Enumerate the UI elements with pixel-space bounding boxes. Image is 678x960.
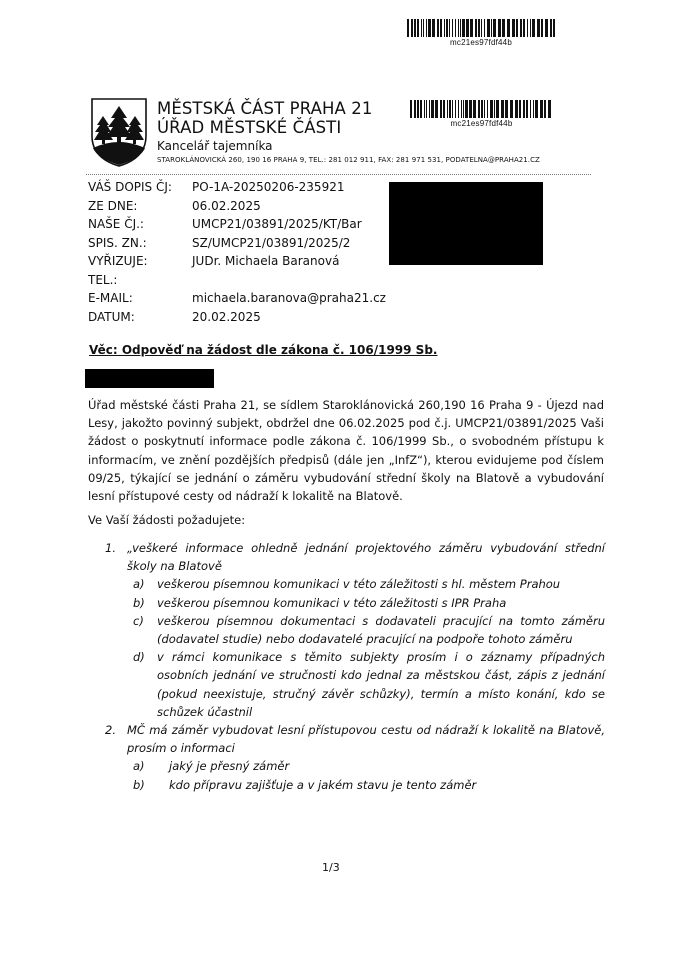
meta-label: ZE DNE: (88, 197, 192, 216)
body-paragraph: Ve Vaší žádosti požadujete: (88, 511, 604, 529)
meta-row: E-MAIL:michaela.baranova@praha21.cz (88, 289, 386, 308)
request-subitem: b) veškerou písemnou komunikaci v této z… (133, 594, 605, 612)
office-name: ÚŘAD MĚSTSKÉ ČÁSTI (157, 118, 540, 137)
meta-value: michaela.baranova@praha21.cz (192, 289, 386, 308)
redacted-recipient-address (389, 182, 543, 265)
meta-label: TEL.: (88, 271, 192, 290)
request-item: 2. MČ má záměr vybudovat lesní přístupov… (105, 721, 605, 757)
meta-value: SZ/UMCP21/03891/2025/2 (192, 234, 350, 253)
request-subitem: a) jaký je přesný záměr (133, 757, 605, 775)
barcode-bars (407, 19, 556, 37)
meta-label: DATUM: (88, 308, 192, 327)
meta-value: JUDr. Michaela Baranová (192, 252, 339, 271)
request-subitem: d) v rámci komunikace s těmito subjekty … (133, 648, 605, 721)
org-name: MĚSTSKÁ ČÁST PRAHA 21 (157, 99, 540, 118)
meta-row: ZE DNE:06.02.2025 (88, 197, 386, 216)
meta-value: 20.02.2025 (192, 308, 261, 327)
subitem-text: veškerou písemnou komunikaci v této zále… (157, 594, 605, 612)
crest-icon (89, 96, 149, 168)
office-address: STAROKLÁNOVICKÁ 260, 190 16 PRAHA 9, TEL… (157, 155, 540, 165)
request-item: 1. „veškeré informace ohledně jednání pr… (105, 539, 605, 575)
subitem-text: veškerou písemnou komunikaci v této zále… (157, 575, 605, 593)
subitem-letter: a) (133, 757, 169, 775)
subitem-text: jaký je přesný záměr (169, 757, 605, 775)
request-subitem: a) veškerou písemnou komunikaci v této z… (133, 575, 605, 593)
subitem-letter: c) (133, 612, 157, 648)
meta-row: VYŘIZUJE:JUDr. Michaela Baranová (88, 252, 386, 271)
subitem-text: v rámci komunikace s těmito subjekty pro… (157, 648, 605, 721)
request-number: 1. (105, 539, 127, 575)
meta-row: NAŠE ČJ.:UMCP21/03891/2025/KT/Bar (88, 215, 386, 234)
meta-label: VÁŠ DOPIS ČJ: (88, 178, 192, 197)
request-list: 1. „veškeré informace ohledně jednání pr… (105, 539, 605, 794)
header-divider (86, 174, 591, 175)
request-subitem: c) veškerou písemnou dokumentaci s dodav… (133, 612, 605, 648)
meta-row: TEL.: (88, 271, 386, 290)
meta-value: PO-1A-20250206-235921 (192, 178, 344, 197)
redacted-salutation (85, 369, 214, 388)
meta-label: SPIS. ZN.: (88, 234, 192, 253)
subitem-text: veškerou písemnou dokumentaci s dodavate… (157, 612, 605, 648)
meta-row: SPIS. ZN.:SZ/UMCP21/03891/2025/2 (88, 234, 386, 253)
meta-label: E-MAIL: (88, 289, 192, 308)
subitem-text: kdo přípravu zajišťuje a v jakém stavu j… (169, 776, 605, 794)
page-number: 1/3 (322, 861, 340, 874)
meta-row: VÁŠ DOPIS ČJ:PO-1A-20250206-235921 (88, 178, 386, 197)
subitem-letter: b) (133, 776, 169, 794)
request-text: „veškeré informace ohledně jednání proje… (127, 539, 605, 575)
letterhead: MĚSTSKÁ ČÁST PRAHA 21 ÚŘAD MĚSTSKÉ ČÁSTI… (157, 99, 540, 165)
meta-value: 06.02.2025 (192, 197, 261, 216)
subitem-letter: d) (133, 648, 157, 721)
barcode-code: mc21es97fdf44b (450, 38, 512, 47)
request-subitem: b) kdo přípravu zajišťuje a v jakém stav… (133, 776, 605, 794)
meta-row: DATUM:20.02.2025 (88, 308, 386, 327)
reference-block: VÁŠ DOPIS ČJ:PO-1A-20250206-235921 ZE DN… (88, 178, 386, 326)
barcode-top: mc21es97fdf44b (406, 19, 556, 47)
body-paragraph: Úřad městské části Praha 21, se sídlem S… (88, 396, 604, 505)
subitem-letter: b) (133, 594, 157, 612)
meta-label: NAŠE ČJ.: (88, 215, 192, 234)
meta-value: UMCP21/03891/2025/KT/Bar (192, 215, 362, 234)
request-number: 2. (105, 721, 127, 757)
subitem-letter: a) (133, 575, 157, 593)
letter-subject: Věc: Odpověď na žádost dle zákona č. 106… (89, 343, 437, 357)
request-text: MČ má záměr vybudovat lesní přístupovou … (127, 721, 605, 757)
meta-label: VYŘIZUJE: (88, 252, 192, 271)
department-name: Kancelář tajemníka (157, 138, 540, 154)
